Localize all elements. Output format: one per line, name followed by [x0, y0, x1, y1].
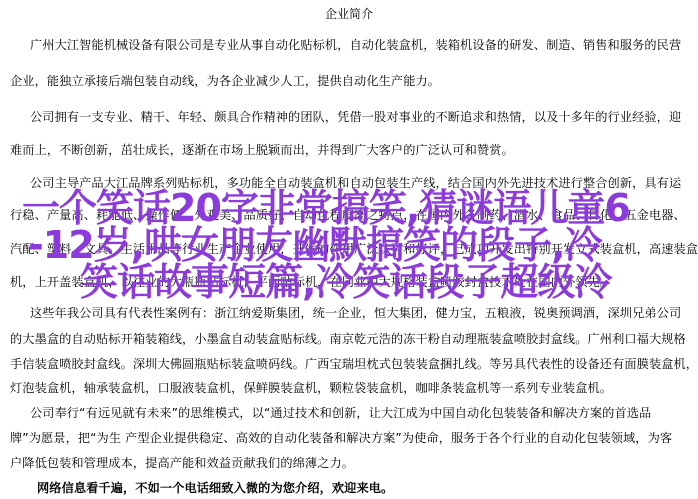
paragraph-line: 公司主导产品大江品牌系列贴标机，多功能全自动装盒机和自动包装生产线，结合国内外先…: [30, 175, 681, 191]
paragraph-line: 这些年我公司具有代表性案例有：浙江纳爱斯集团，统一企业，恒大集团，健力宝，五粮液…: [30, 305, 681, 321]
paragraph-line: 汽配、塑料、文具、生活用品等行业生产企业使用，开发的作用广泛认可和好评，已成功开…: [10, 241, 698, 257]
paragraph-line: 的大墨盒的自动贴标开箱装箱线，小墨盒自动装盒贴标线。南京乾元浩的冻干粉自动理瓶装…: [10, 331, 686, 347]
paragraph-line: 企业，能独立承接后端包装自动线，为各企业减少人工，提供自动化生产能力。: [10, 73, 440, 89]
paragraph-line: 公司拥有一支专业、精干、年轻、颇具合作精神的团队，凭借一股对事业的不断追求和热情…: [30, 109, 681, 125]
document-page: 企业简介 广州大江智能机械设备有限公司是专业从事自动化贴标机，自动化装盒机，装箱…: [0, 0, 698, 499]
paragraph-line: 行稳、产量高、耗能低、操作便、外观美、品质好、自动化程度高之特点，在国内外各制药…: [10, 207, 686, 223]
paragraph-line: 手信装盒喷胶封盒线。深圳大佛圆瓶贴标装盒喷码线。广西宝瑞坦枕式包装装盒捆扎线。等…: [10, 356, 698, 372]
paragraph-line: 机，上开盖装盒机，以往业的大瓶瓶贴标机，平面贴标机，在同业中大规格装盒喷胶封盒技…: [10, 274, 612, 290]
paragraph-line: 难而上，不断创新，茁壮成长，逐渐在市场上脱颖而出，并得到广大客户的广泛认可和赞赏…: [10, 142, 514, 158]
paragraph-line: 广州大江智能机械设备有限公司是专业从事自动化贴标机，自动化装盒机，装箱机设备的研…: [30, 37, 681, 53]
paragraph-line: 灯泡装盒机，轴承装盒机，口服液装盒机，保鲜膜装盒机，颗粒袋装盒机，咖啡条装盒机等…: [10, 380, 612, 396]
paragraph-line: 户降低包装和管理成本，提高产能和效益贡献我们的绵薄之力。: [10, 455, 354, 471]
page-title: 企业简介: [0, 6, 698, 22]
closing-line: 网络信息看千遍，不如一个电话细致入微的为您介绍，欢迎来电。: [37, 480, 393, 496]
paragraph-line: 公司奉行“有远见就有未来”的思维模式，以“通过技术和创新，让大江成为中国自动化包…: [30, 405, 651, 421]
paragraph-line: 牌”为愿景，把“为生 产型企业提供稳定、高效的自动化装备和解决方案”为使命，服务…: [10, 430, 672, 446]
